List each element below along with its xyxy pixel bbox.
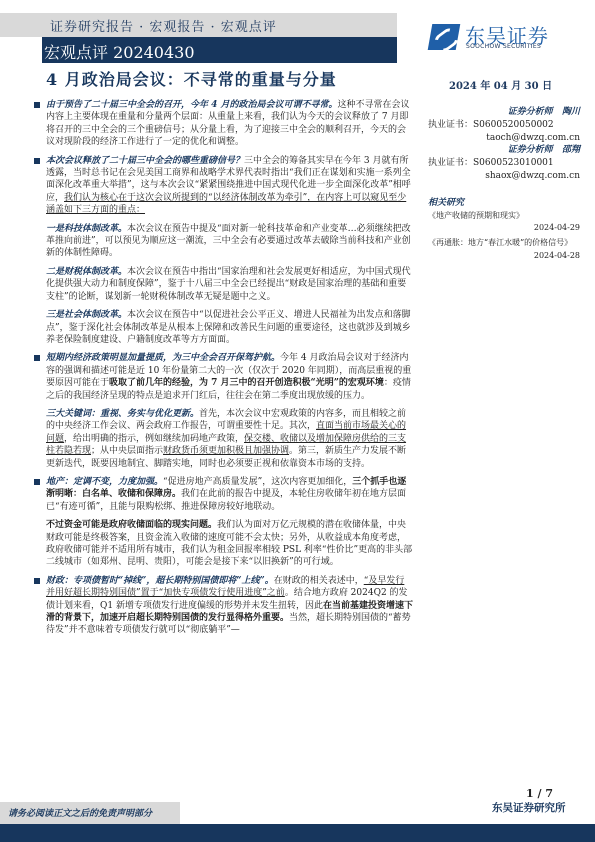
bullet-square-icon (34, 479, 40, 485)
paragraph-short-term-policy: 短期内经济政策明显加量提质，为三中全会召开保驾护航。今年 4 月政治局会议对于经… (46, 352, 413, 402)
main-content: 由于预告了二十届三中全会的召开，今年 4 月的政治局会议可谓不寻常。这种不寻常在… (46, 99, 413, 643)
paragraph-funding: 不过资金可能是政府收储面临的现实问题。我们认为面对万亿元规模的潜在收储体量，中央… (46, 519, 413, 569)
institute-name: 东吴证券研究所 (492, 800, 566, 815)
related-item-2-date: 2024-04-28 (428, 250, 580, 263)
logo-text-en: SOOCHOW SECURITIES (466, 43, 541, 50)
related-item-2[interactable]: 《再通胀：地方“春江水暖”的价格信号》 (428, 237, 580, 250)
paragraph-social-reform: 三是社会体制改革。本次会议在预告中“以促进社会公平正义、增进人民福祉为出发点和落… (46, 309, 413, 346)
bullet-square-icon (34, 102, 40, 108)
logo-mark-icon (428, 24, 461, 50)
paragraph-fiscal: 财政：专项债暂时“掉线”，超长期特别国债即将“上线”。在财政的相关表述中，“及早… (46, 575, 413, 637)
breadcrumb: 证券研究报告 · 宏观报告 · 宏观点评 (50, 16, 277, 35)
paragraph-2: 本次会议释放了二十届三中全会的哪些重磅信号？三中全会的筹备其实早在今年 3 月就… (46, 155, 413, 217)
related-item-1-date: 2024-04-29 (428, 222, 580, 235)
paragraph-property: 地产：定调不变，力度加强。“促进房地产高质量发展”，这次内容更加细化，三个抓手也… (46, 476, 413, 513)
page-title: 4 月政治局会议：不寻常的重量与分量 (46, 67, 337, 90)
analyst-2-email[interactable]: shaox@dwzq.com.cn (428, 170, 580, 183)
footer-bar (0, 824, 595, 842)
analyst-2-cert: 执业证书：S0600523010001 (428, 157, 580, 170)
report-date: 2024 年 04 月 30 日 (449, 77, 552, 92)
paragraph-keywords: 三大关键词：重视、务实与优化更新。首先，本次会议中宏观政策的内容多，而且相较之前… (46, 408, 413, 470)
report-type: 宏观点评 20240430 (44, 40, 195, 63)
analyst-2: 证券分析师 邵翔 (428, 144, 580, 157)
paragraph-fiscal-reform: 二是财税体制改革。本次会议在预告中指出“国家治理和社会发展更好相适应，为中国式现… (46, 266, 413, 303)
related-item-1[interactable]: 《地产收储的预期和现实》 (428, 210, 580, 223)
analyst-1-cert: 执业证书：S0600520050002 (428, 119, 580, 132)
bullet-square-icon (34, 578, 40, 584)
paragraph-1: 由于预告了二十届三中全会的召开，今年 4 月的政治局会议可谓不寻常。这种不寻常在… (46, 99, 413, 149)
related-research-heading: 相关研究 (428, 197, 580, 210)
bullet-square-icon (34, 355, 40, 361)
page-number: 1 / 7 (526, 787, 553, 800)
brand-logo: 东吴证券 SOOCHOW SECURITIES (430, 22, 580, 52)
analyst-1: 证券分析师 陶川 (428, 106, 580, 119)
analyst-1-email[interactable]: taoch@dwzq.com.cn (428, 132, 580, 145)
disclaimer-note: 请务必阅读正文之后的免责声明部分 (8, 806, 152, 819)
bullet-square-icon (34, 158, 40, 164)
sidebar: 证券分析师 陶川 执业证书：S0600520050002 taoch@dwzq.… (428, 106, 580, 264)
paragraph-tech-reform: 一是科技体制改革。本次会议在预告中提及“面对新一轮科技革命和产业变革…必须继续把… (46, 223, 413, 260)
